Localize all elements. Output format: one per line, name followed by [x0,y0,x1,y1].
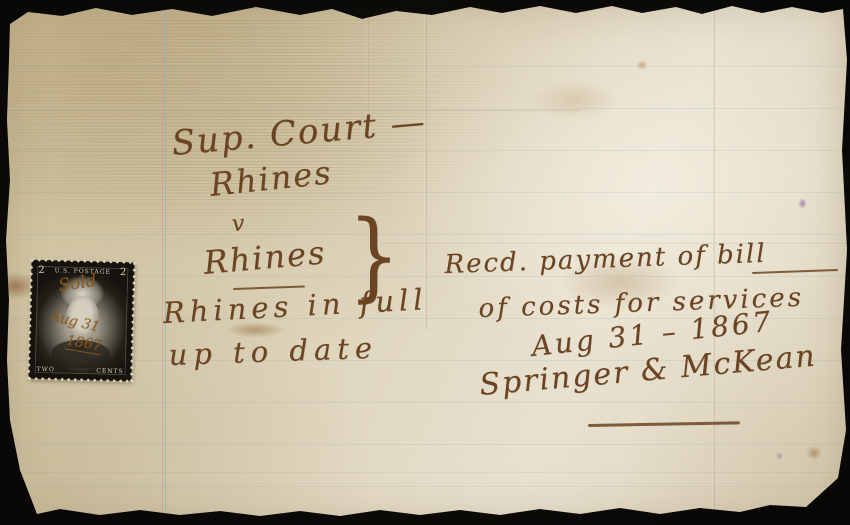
stain [530,80,620,120]
stamp-denomination-right: 2 [120,267,128,278]
fold-crease [0,108,580,111]
postage-stamp: U.S. POSTAGE 2 2 TWO CENTS Sold Aug 31 1… [28,260,134,382]
stain [636,60,648,70]
stamp-bottom-left-label: TWO [37,366,55,373]
document-paper: Sup. Court — Rhines v Rhines } Rhines in… [0,0,850,525]
stamp-bottom-right-label: CENTS [96,367,124,375]
ink-speck-purple [776,452,783,460]
handwriting-versus: v [231,211,245,237]
ink-speck-purple [798,198,807,209]
stain [806,446,822,460]
fold-crease [424,0,427,330]
photo-backdrop: Sup. Court — Rhines v Rhines } Rhines in… [0,0,850,525]
fold-crease [0,470,850,473]
margin-rule-red [162,0,163,525]
margin-rule-blue [165,0,166,525]
stamp-denomination-left: 2 [38,265,46,276]
